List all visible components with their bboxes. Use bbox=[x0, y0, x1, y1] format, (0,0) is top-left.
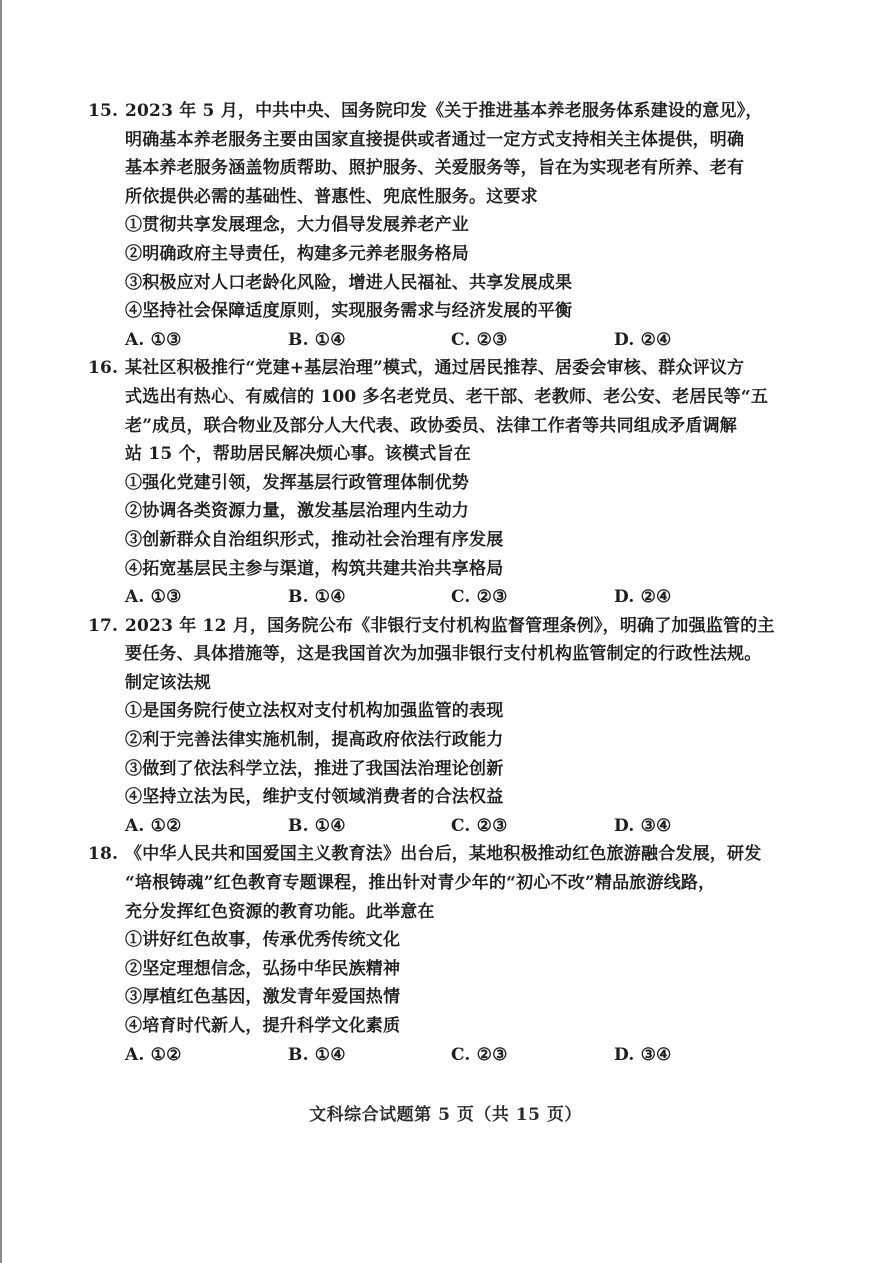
choice-d: D. ②④ bbox=[614, 326, 777, 355]
question-stem-line: 17. 2023 年 12 月，国务院公布《非银行支付机构监督管理条例》，明确了… bbox=[88, 612, 788, 641]
statement-2: ②利于完善法律实施机制，提高政府依法行政能力 bbox=[88, 726, 788, 755]
question-stem-line: 制定该法规 bbox=[88, 669, 788, 698]
answer-choices: A. ①③ B. ①④ C. ②③ D. ②④ bbox=[88, 583, 788, 612]
question-17: 17. 2023 年 12 月，国务院公布《非银行支付机构监督管理条例》，明确了… bbox=[88, 612, 788, 841]
question-16: 16. 某社区积极推行“党建+基层治理”模式，通过居民推荐、居委会审核、群众评议… bbox=[88, 354, 788, 611]
statement-4: ④培育时代新人，提升科学文化素质 bbox=[88, 1012, 788, 1041]
answer-choices: A. ①② B. ①④ C. ②③ D. ③④ bbox=[88, 812, 788, 841]
statement-2: ②坚定理想信念，弘扬中华民族精神 bbox=[88, 955, 788, 984]
question-15: 15. 2023 年 5 月，中共中央、国务院印发《关于推进基本养老服务体系建设… bbox=[88, 97, 788, 354]
question-stem-line: 所依提供必需的基础性、普惠性、兜底性服务。这要求 bbox=[88, 183, 788, 212]
question-number: 17. bbox=[88, 612, 125, 641]
choice-c: C. ②③ bbox=[451, 812, 614, 841]
statement-1: ①强化党建引领，发挥基层行政管理体制优势 bbox=[88, 469, 788, 498]
statement-3: ③积极应对人口老龄化风险，增进人民福祉、共享发展成果 bbox=[88, 269, 788, 298]
choice-d: D. ③④ bbox=[614, 812, 777, 841]
choice-d: D. ②④ bbox=[614, 583, 777, 612]
page-footer: 文科综合试题第 5 页（共 15 页） bbox=[0, 1100, 891, 1125]
page-left-border bbox=[0, 0, 2, 1263]
choice-c: C. ②③ bbox=[451, 326, 614, 355]
statement-4: ④拓宽基层民主参与渠道，构筑共建共治共享格局 bbox=[88, 555, 788, 584]
question-stem-text: 2023 年 5 月，中共中央、国务院印发《关于推进基本养老服务体系建设的意见》… bbox=[125, 97, 763, 126]
choice-c: C. ②③ bbox=[451, 583, 614, 612]
question-stem-line: 15. 2023 年 5 月，中共中央、国务院印发《关于推进基本养老服务体系建设… bbox=[88, 97, 788, 126]
question-stem-line: 明确基本养老服务主要由国家直接提供或者通过一定方式支持相关主体提供，明确 bbox=[88, 126, 788, 155]
statement-1: ①是国务院行使立法权对支付机构加强监管的表现 bbox=[88, 697, 788, 726]
choice-a: A. ①② bbox=[125, 1041, 288, 1070]
statement-4: ④坚持社会保障适度原则，实现服务需求与经济发展的平衡 bbox=[88, 297, 788, 326]
question-stem-line: 式选出有热心、有威信的 100 多名老党员、老干部、老教师、老公安、老居民等“五 bbox=[88, 383, 788, 412]
question-number: 16. bbox=[88, 354, 125, 383]
choice-b: B. ①④ bbox=[288, 812, 451, 841]
question-stem-line: 基本养老服务涵盖物质帮助、照护服务、关爱服务等，旨在为实现老有所养、老有 bbox=[88, 154, 788, 183]
choice-c: C. ②③ bbox=[451, 1041, 614, 1070]
question-stem-line: 16. 某社区积极推行“党建+基层治理”模式，通过居民推荐、居委会审核、群众评议… bbox=[88, 354, 788, 383]
question-stem-line: 要任务、具体措施等，这是我国首次为加强非银行支付机构监管制定的行政性法规。 bbox=[88, 640, 788, 669]
question-18: 18. 《中华人民共和国爱国主义教育法》出台后，某地积极推动红色旅游融合发展，研… bbox=[88, 840, 788, 1069]
choice-b: B. ①④ bbox=[288, 326, 451, 355]
statement-3: ③做到了依法科学立法，推进了我国法治理论创新 bbox=[88, 755, 788, 784]
statement-1: ①贯彻共享发展理念，大力倡导发展养老产业 bbox=[88, 211, 788, 240]
question-stem-text: 2023 年 12 月，国务院公布《非银行支付机构监督管理条例》，明确了加强监管… bbox=[125, 612, 775, 641]
choice-a: A. ①③ bbox=[125, 583, 288, 612]
choice-a: A. ①③ bbox=[125, 326, 288, 355]
choice-b: B. ①④ bbox=[288, 583, 451, 612]
exam-page-content: 15. 2023 年 5 月，中共中央、国务院印发《关于推进基本养老服务体系建设… bbox=[88, 97, 788, 1069]
statement-4: ④坚持立法为民，维护支付领域消费者的合法权益 bbox=[88, 783, 788, 812]
question-stem-line: “培根铸魂”红色教育专题课程，推出针对青少年的“初心不改”精品旅游线路， bbox=[88, 869, 788, 898]
statement-1: ①讲好红色故事，传承优秀传统文化 bbox=[88, 926, 788, 955]
statement-3: ③创新群众自治组织形式，推动社会治理有序发展 bbox=[88, 526, 788, 555]
question-stem-line: 站 15 个，帮助居民解决烦心事。该模式旨在 bbox=[88, 440, 788, 469]
question-stem-text: 某社区积极推行“党建+基层治理”模式，通过居民推荐、居委会审核、群众评议方 bbox=[125, 354, 744, 383]
choice-a: A. ①② bbox=[125, 812, 288, 841]
statement-2: ②协调各类资源力量，激发基层治理内生动力 bbox=[88, 497, 788, 526]
question-stem-line: 18. 《中华人民共和国爱国主义教育法》出台后，某地积极推动红色旅游融合发展，研… bbox=[88, 840, 788, 869]
question-number: 15. bbox=[88, 97, 125, 126]
answer-choices: A. ①③ B. ①④ C. ②③ D. ②④ bbox=[88, 326, 788, 355]
question-stem-line: 充分发挥红色资源的教育功能。此举意在 bbox=[88, 898, 788, 927]
answer-choices: A. ①② B. ①④ C. ②③ D. ③④ bbox=[88, 1041, 788, 1070]
choice-d: D. ③④ bbox=[614, 1041, 777, 1070]
question-stem-line: 老”成员，联合物业及部分人大代表、政协委员、法律工作者等共同组成矛盾调解 bbox=[88, 412, 788, 441]
statement-2: ②明确政府主导责任，构建多元养老服务格局 bbox=[88, 240, 788, 269]
choice-b: B. ①④ bbox=[288, 1041, 451, 1070]
question-number: 18. bbox=[88, 840, 125, 869]
statement-3: ③厚植红色基因，激发青年爱国热情 bbox=[88, 983, 788, 1012]
question-stem-text: 《中华人民共和国爱国主义教育法》出台后，某地积极推动红色旅游融合发展，研发 bbox=[125, 840, 761, 869]
